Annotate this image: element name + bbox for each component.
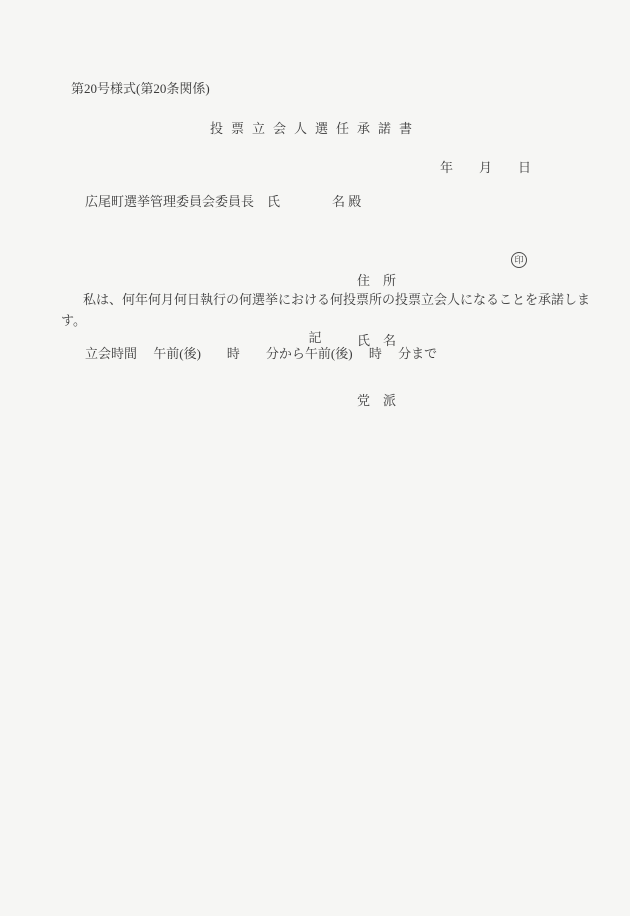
addressee-line: 広尾町選挙管理委員会委員長 氏 名 殿 bbox=[85, 194, 361, 210]
page-title: 投票立会人選任承諾書 bbox=[0, 121, 630, 137]
date-fill-in-line: 年 月 日 bbox=[440, 160, 531, 176]
document-page: 第20号様式(第20条関係) 投票立会人選任承諾書 年 月 日 広尾町選挙管理委… bbox=[0, 0, 630, 916]
form-number: 第20号様式(第20条関係) bbox=[71, 81, 210, 97]
seal-character: 印 bbox=[514, 256, 523, 265]
address-label: 住 所 bbox=[357, 271, 396, 291]
consent-paragraph: 私は、何年何月何日執行の何選挙における何投票所の投票立会人になることを承諾します… bbox=[61, 289, 595, 331]
party-label: 党 派 bbox=[357, 391, 396, 411]
observation-time-line: 立会時間 午前(後) 時 分から午前(後) 時 分まで bbox=[85, 346, 437, 362]
seal-icon: 印 bbox=[511, 252, 527, 268]
record-heading: 記 bbox=[0, 330, 630, 346]
